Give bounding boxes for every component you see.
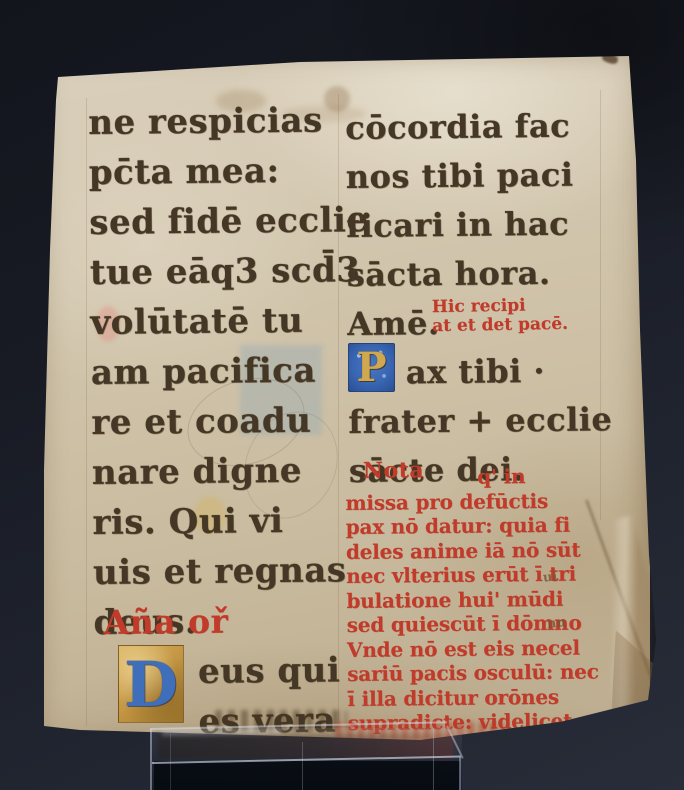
text-line: uis et regnas — [93, 545, 356, 598]
rubric-text-line: ī illa dicitur orōnes — [347, 684, 615, 711]
ink-mark — [601, 52, 619, 66]
text-line: tue eāq3 scd̄3 — [90, 245, 353, 298]
text-line: pc̄ta mea: — [89, 145, 352, 198]
rubric-text-line: deles anime iā nō sūt — [346, 537, 614, 564]
text-line: nare digne — [92, 445, 355, 498]
rubric-text-line: pax nō datur: quia fi — [346, 512, 614, 539]
antiphon-rubric: Aña oř — [103, 597, 228, 648]
rubric-text-line: sariū pacis osculū: nec — [347, 659, 615, 686]
acrylic-edge — [459, 757, 461, 790]
leaf-edge-through-acrylic — [158, 734, 454, 758]
text-line: deus.Aña oř — [93, 595, 356, 648]
text-line: sed fidē ecclie — [89, 195, 352, 248]
manuscript-leaf: ne respicias pc̄ta mea: sed fidē ecclie … — [36, 50, 650, 756]
acrylic-edge — [302, 742, 303, 790]
rubric-line: at et det pacē. — [432, 315, 568, 336]
rubric-text-line: missa pro defūctis — [345, 488, 613, 515]
acrylic-stand-interior — [154, 761, 460, 790]
rubric-text-line: Vnde nō est eis necel — [347, 635, 615, 662]
ruling-line — [86, 98, 87, 726]
acrylic-edge — [433, 729, 434, 790]
text-line: re et coadu — [91, 395, 354, 448]
text-line: ris. Qui vi — [92, 495, 355, 548]
text-line: ne respicias — [88, 95, 351, 148]
acrylic-edge — [170, 734, 171, 790]
text-line: cōcordia fac — [345, 101, 613, 153]
acrylic-edge — [150, 729, 152, 790]
text-line: volūtatē tu — [90, 295, 353, 348]
red-nota-text-block: q' in missa pro defūctis pax nō datur: q… — [345, 463, 616, 735]
photo-scene: ne respicias pc̄ta mea: sed fidē ecclie … — [0, 0, 684, 790]
rubric-text-line: bulatione hui' mūdi — [346, 586, 614, 613]
marginal-note: nu — [546, 615, 566, 632]
rubric-text-line: nec vlterius erūt ī tri — [346, 561, 614, 588]
pax-instruction-rubric: Hic recipi at et det pacē. — [432, 296, 568, 336]
illuminated-initial-d: D — [118, 645, 184, 723]
text-line: am pacifica — [91, 345, 354, 398]
text-line: nos tibi paci — [346, 150, 614, 202]
text-line: sācta hora. — [347, 248, 615, 300]
rubric-text-line: q' in — [345, 463, 613, 490]
rubric-text-line: sed quiescūt ī dōmno — [347, 610, 615, 637]
marginal-note: ui — [542, 569, 558, 585]
text-line: frater + ecclie — [348, 395, 616, 447]
text-line: ficari in hac — [346, 199, 614, 251]
illuminated-initial-p: P — [348, 343, 395, 392]
